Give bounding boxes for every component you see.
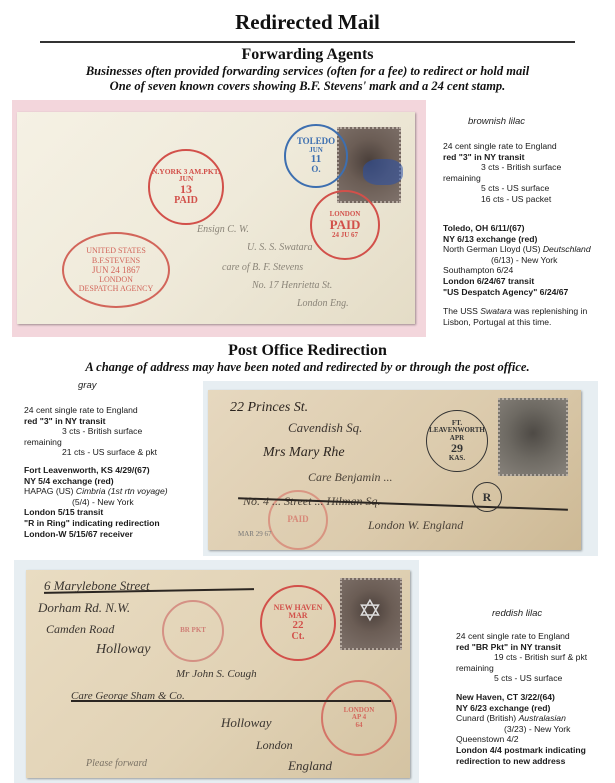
note-text: (5/4) - New York [72, 497, 134, 507]
note-text: redirection to new address [456, 756, 565, 766]
despatch-agency-oval-mark: UNITED STATES B.F.STEVENS JUN 24 1867 LO… [62, 232, 170, 308]
note-line: 3 cts - British surface [443, 162, 561, 173]
cover-1-blue-cancel [363, 159, 403, 185]
note-text: red "BR Pkt" in NY transit [456, 642, 561, 652]
pencil-note: MAR 29 67 [238, 530, 271, 538]
footnote-text: Lisbon, Portugal at this time. [443, 317, 587, 328]
note-line: 24 cent single rate to England [456, 631, 587, 642]
address-line: England [288, 758, 332, 774]
note-text: London 4/4 postmark indicating [456, 745, 586, 755]
note-line: London 6/24/67 transit [443, 276, 591, 287]
note-text: (3/23) - New York [504, 724, 570, 734]
postmark-text: PAID [174, 196, 198, 207]
postmark-toledo: TOLEDO JUN 11 O. [284, 124, 348, 188]
postmark-text: KAS. [449, 455, 465, 462]
note-line: 24 cent single rate to England [24, 405, 157, 416]
note-text: NY 5/4 exchange (red) [24, 476, 114, 486]
note-text: (6/13) - New York [491, 255, 557, 265]
note-line: Cunard (British) Australasian [456, 713, 586, 724]
note-line: HAPAG (US) Cimbria (1st rtn voyage) [24, 486, 168, 497]
postmark-text: UNITED STATES [86, 246, 146, 255]
note-text: 19 cts - British surf & pkt [494, 652, 587, 662]
postmark-text: PAID [287, 515, 308, 524]
cover-1-mount: TOLEDO JUN 11 O. N.YORK 3 AM.PKT. JUN 13… [12, 100, 426, 337]
address-line: 22 Princes St. [230, 400, 308, 416]
note-line: NY 5/4 exchange (red) [24, 476, 168, 487]
cover-2-mount: FT. LEAVENWORTH APR 29 KAS. R PAID 22 Pr… [203, 381, 598, 556]
address-strike-through [71, 700, 391, 702]
note-line: New Haven, CT 3/22/(64) [456, 692, 586, 703]
ship-name: Deutschland [543, 244, 591, 254]
page-title: Redirected Mail [0, 10, 615, 35]
title-divider [40, 41, 575, 43]
postmark-text: JUN 24 1867 [92, 265, 140, 275]
note-text: Southampton 6/24 [443, 265, 513, 275]
note-line: (5/4) - New York [24, 497, 168, 508]
address-line: U. S. S. Swatara [247, 242, 313, 253]
note-text: 5 cts - US surface [481, 183, 549, 193]
address-line: Care Benjamin ... [308, 470, 393, 485]
section-subtitle-forwarding-2: One of seven known covers showing B.F. S… [0, 79, 615, 94]
note-text: Fort Leavenworth, KS 4/29/(67) [24, 465, 150, 475]
section-title-forwarding-agents: Forwarding Agents [0, 46, 615, 64]
note-line: NY 6/23 exchange (red) [456, 703, 586, 714]
ship-name: Cimbria (1st rtn voyage) [76, 486, 168, 496]
cover-2-stamp [498, 398, 568, 476]
note-line: (3/23) - New York [456, 724, 586, 735]
note-line: Southampton 6/24 [443, 265, 591, 276]
note-line: red "3" in NY transit [24, 416, 157, 427]
note-line: North German Lloyd (US) Deutschland [443, 244, 591, 255]
note-line: 5 cts - US surface [456, 673, 587, 684]
cover-1-rate-notes: 24 cent single rate to Englandred "3" in… [443, 141, 561, 205]
note-line: "R in Ring" indicating redirection [24, 518, 168, 529]
postmark-london-redirection: LONDON AP 4 64 [321, 680, 397, 756]
note-text: Cunard (British) [456, 713, 519, 723]
note-line: 19 cts - British surf & pkt [456, 652, 587, 663]
note-text: 3 cts - British surface [481, 162, 561, 172]
address-line: Mrs Mary Rhe [263, 445, 345, 461]
cover-1-route-notes: Toledo, OH 6/11/(67)NY 6/13 exchange (re… [443, 223, 591, 297]
address-line: No. 17 Henrietta St. [252, 280, 332, 291]
note-text: 24 cent single rate to England [456, 631, 570, 641]
note-text: "R in Ring" indicating redirection [24, 518, 160, 528]
note-text: remaining [443, 173, 481, 183]
note-line: NY 6/13 exchange (red) [443, 234, 591, 245]
note-text: red "3" in NY transit [24, 416, 106, 426]
postmark-ny-3-am-pkt: N.YORK 3 AM.PKT. JUN 13 PAID [148, 149, 224, 225]
footnote-text: was replenishing in [512, 306, 587, 316]
note-line: remaining [443, 173, 561, 184]
address-line: Ensign C. W. [197, 224, 249, 235]
note-line: 3 cts - British surface [24, 426, 157, 437]
postmark-text: R [483, 491, 492, 504]
ship-name: Australasian [519, 713, 566, 723]
cover-3-rate-notes: 24 cent single rate to Englandred "BR Pk… [456, 631, 587, 684]
note-text: NY 6/23 exchange (red) [456, 703, 550, 713]
postmark-text: Ct. [291, 632, 304, 643]
note-line: Fort Leavenworth, KS 4/29/(67) [24, 465, 168, 476]
note-text: 21 cts - US surface & pkt [62, 447, 157, 457]
address-line: Camden Road [46, 622, 114, 637]
postmark-ny-br-pkt: BR PKT [162, 600, 224, 662]
ship-name: Swatara [480, 306, 512, 316]
note-text: North German Lloyd (US) [443, 244, 543, 254]
note-text: 24 cent single rate to England [443, 141, 557, 151]
cover-2-stamp-color: gray [78, 380, 96, 391]
section-title-post-office-redirection: Post Office Redirection [0, 342, 615, 360]
footnote-text: The USS [443, 306, 480, 316]
address-line: London W. England [368, 518, 463, 533]
note-text: London 5/15 transit [24, 507, 103, 517]
note-line: 21 cts - US surface & pkt [24, 447, 157, 458]
postmark-text: DESPATCH AGENCY [79, 284, 154, 293]
note-text: New Haven, CT 3/22/(64) [456, 692, 555, 702]
postmark-text: BR PKT [180, 627, 206, 634]
postmark-text: O. [311, 165, 320, 174]
cover-2-route-notes: Fort Leavenworth, KS 4/29/(67)NY 5/4 exc… [24, 465, 168, 539]
cover-2-envelope[interactable]: FT. LEAVENWORTH APR 29 KAS. R PAID 22 Pr… [208, 390, 581, 550]
forward-note: Please forward [86, 758, 147, 769]
postmark-text: 24 JU 67 [332, 232, 358, 239]
note-line: redirection to new address [456, 756, 586, 767]
note-line: red "BR Pkt" in NY transit [456, 642, 587, 653]
note-line: 24 cent single rate to England [443, 141, 561, 152]
postmark-text: 64 [356, 722, 363, 729]
cover-3-route-notes: New Haven, CT 3/22/(64)NY 6/23 exchange … [456, 692, 586, 766]
cover-3-mount: ✡ NEW HAVEN MAR 22 Ct. BR PKT LONDON AP … [14, 560, 419, 783]
note-text: remaining [456, 663, 494, 673]
note-text: London-W 5/15/67 receiver [24, 529, 133, 539]
note-line: 5 cts - US surface [443, 183, 561, 194]
address-line: care of B. F. Stevens [222, 262, 303, 273]
note-line: remaining [456, 663, 587, 674]
note-text: NY 6/13 exchange (red) [443, 234, 537, 244]
note-text: red "3" in NY transit [443, 152, 525, 162]
postmark-text: PAID [330, 218, 361, 232]
note-line: Queenstown 4/2 [456, 734, 586, 745]
note-text: 24 cent single rate to England [24, 405, 138, 415]
star-cancel-icon: ✡ [352, 594, 388, 630]
note-text: Queenstown 4/2 [456, 734, 519, 744]
cover-1-footnote: The USS Swatara was replenishing in Lisb… [443, 306, 587, 327]
note-text: "US Despatch Agency" 6/24/67 [443, 287, 568, 297]
postmark-london-paid: LONDON PAID 24 JU 67 [310, 190, 380, 260]
address-line: London [256, 738, 293, 753]
note-text: 5 cts - US surface [494, 673, 562, 683]
note-line: London-W 5/15/67 receiver [24, 529, 168, 540]
address-line: London Eng. [297, 298, 349, 309]
cover-3-envelope[interactable]: ✡ NEW HAVEN MAR 22 Ct. BR PKT LONDON AP … [26, 570, 410, 778]
note-text: HAPAG (US) [24, 486, 76, 496]
postmark-new-haven: NEW HAVEN MAR 22 Ct. [260, 585, 336, 661]
section-subtitle-forwarding-1: Businesses often provided forwarding ser… [0, 64, 615, 79]
note-line: London 5/15 transit [24, 507, 168, 518]
cover-1-stamp-color: brownish lilac [468, 116, 525, 127]
postmark-fort-leavenworth: FT. LEAVENWORTH APR 29 KAS. [426, 410, 488, 472]
address-line: Holloway [96, 642, 150, 658]
note-text: 3 cts - British surface [62, 426, 142, 436]
note-text: Toledo, OH 6/11/(67) [443, 223, 525, 233]
note-line: remaining [24, 437, 157, 448]
postmark-text: 29 [451, 442, 463, 455]
cover-3-stamp-color: reddish lilac [492, 608, 542, 619]
address-line: Dorham Rd. N.W. [38, 600, 130, 616]
cover-1-envelope[interactable]: TOLEDO JUN 11 O. N.YORK 3 AM.PKT. JUN 13… [17, 112, 415, 324]
note-line: "US Despatch Agency" 6/24/67 [443, 287, 591, 298]
postmark-text: FT. LEAVENWORTH [427, 420, 487, 435]
postmark-text: LONDON [99, 275, 133, 284]
address-line: Holloway [221, 715, 272, 731]
note-text: London 6/24/67 transit [443, 276, 534, 286]
note-line: 16 cts - US packet [443, 194, 561, 205]
note-line: red "3" in NY transit [443, 152, 561, 163]
section-subtitle-redirection: A change of address may have been noted … [0, 360, 615, 375]
cover-3-stamp: ✡ [340, 578, 402, 650]
note-line: (6/13) - New York [443, 255, 591, 266]
note-text: 16 cts - US packet [481, 194, 551, 204]
address-line: Cavendish Sq. [288, 420, 362, 436]
note-line: London 4/4 postmark indicating [456, 745, 586, 756]
note-text: remaining [24, 437, 62, 447]
note-line: Toledo, OH 6/11/(67) [443, 223, 591, 234]
postmark-text: B.F.STEVENS [92, 256, 140, 265]
address-line: Mr John S. Cough [176, 668, 257, 680]
cover-2-rate-notes: 24 cent single rate to Englandred "3" in… [24, 405, 157, 458]
